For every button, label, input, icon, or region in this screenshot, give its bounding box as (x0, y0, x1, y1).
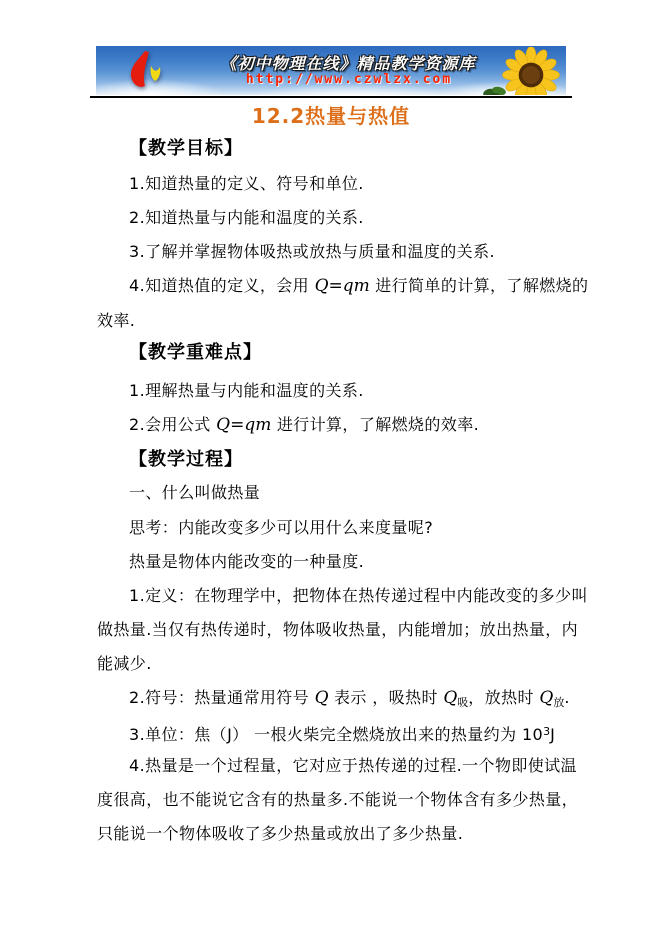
goal-item-1: 1.知道热量的定义、符号和单位. (97, 172, 571, 196)
symbol-line: 2.符号：热量通常用符号 Q 表示 ，吸热时 Q吸，放热时 Q放. (97, 686, 571, 715)
formula-q-qm: Q=qm (216, 415, 271, 435)
formula-q: Q (315, 688, 329, 708)
banner-site-title: 《初中物理在线》精品教学资源库 (208, 51, 488, 74)
section-heading-process: 【教学过程】 (97, 448, 571, 472)
text-run: 2.会用公式 (129, 415, 216, 434)
formula-q-qm: Q=qm (315, 276, 370, 296)
text-run: 表示 ，吸热时 (329, 688, 444, 707)
text-run: 2.符号：热量通常用符号 (129, 688, 315, 707)
key-point-2: 2.会用公式 Q=qm 进行计算，了解燃烧的效率. (97, 413, 571, 437)
process-quantity-line-2: 度很高，也不能说它含有的热量多.不能说一个物体含有多少热量， (97, 788, 571, 812)
statement-line: 热量是物体内能改变的一种量度. (97, 550, 571, 574)
subscript-absorb: 吸 (457, 696, 468, 709)
text-run: 进行计算，了解燃烧的效率. (271, 415, 479, 434)
goal-item-4-cont: 效率. (97, 309, 571, 333)
definition-line-1: 1.定义：在物理学中，把物体在热传递过程中内能改变的多少叫 (97, 584, 571, 608)
text-run: 4.知道热值的定义，会用 (129, 276, 315, 295)
formula-q-release: Q (539, 688, 553, 708)
header-divider-line (90, 96, 572, 98)
sunflower-icon (500, 47, 562, 95)
process-quantity-line-1: 4.热量是一个过程量，它对应于热传递的过程.一个物即使试温 (97, 754, 571, 778)
text-run: . (564, 688, 570, 707)
goal-item-4: 4.知道热值的定义，会用 Q=qm 进行简单的计算，了解燃烧的 (97, 274, 571, 298)
definition-line-2: 做热量.当仅有热传递时，物体吸收热量，内能增加；放出热量，内 (97, 618, 571, 642)
text-run: 3.单位：焦（J） 一根火柴完全燃烧放出来的热量约为 10 (129, 725, 543, 744)
page-title: 12.2热量与热值 (96, 100, 566, 129)
text-run: ，放热时 (468, 688, 539, 707)
definition-line-3: 能减少. (97, 652, 571, 676)
formula-q-absorb: Q (443, 688, 457, 708)
subscript-release: 放 (553, 696, 564, 709)
flame-logo-icon (124, 50, 170, 92)
think-question: 思考：内能改变多少可以用什么来度量呢? (97, 516, 571, 540)
unit-line: 3.单位：焦（J） 一根火柴完全燃烧放出来的热量约为 103J (97, 720, 571, 747)
header-banner: 《初中物理在线》精品教学资源库 http://www.czwlzx.com (96, 46, 566, 95)
process-subtitle: 一、什么叫做热量 (97, 481, 571, 505)
document-page: 《初中物理在线》精品教学资源库 http://www.czwlzx.com (0, 0, 661, 935)
goal-item-3: 3.了解并掌握物体吸热或放热与质量和温度的关系. (97, 240, 571, 264)
key-point-1: 1.理解热量与内能和温度的关系. (97, 379, 571, 403)
banner-url-link[interactable]: http://www.czwlzx.com (224, 72, 474, 87)
section-heading-goals: 【教学目标】 (97, 137, 571, 161)
goal-item-2: 2.知道热量与内能和温度的关系. (97, 206, 571, 230)
process-quantity-line-3: 只能说一个物体吸收了多少热量或放出了多少热量. (97, 822, 571, 846)
text-run: 进行简单的计算，了解燃烧的 (370, 276, 589, 295)
text-run: J (550, 725, 555, 744)
section-heading-key-points: 【教学重难点】 (97, 341, 571, 365)
